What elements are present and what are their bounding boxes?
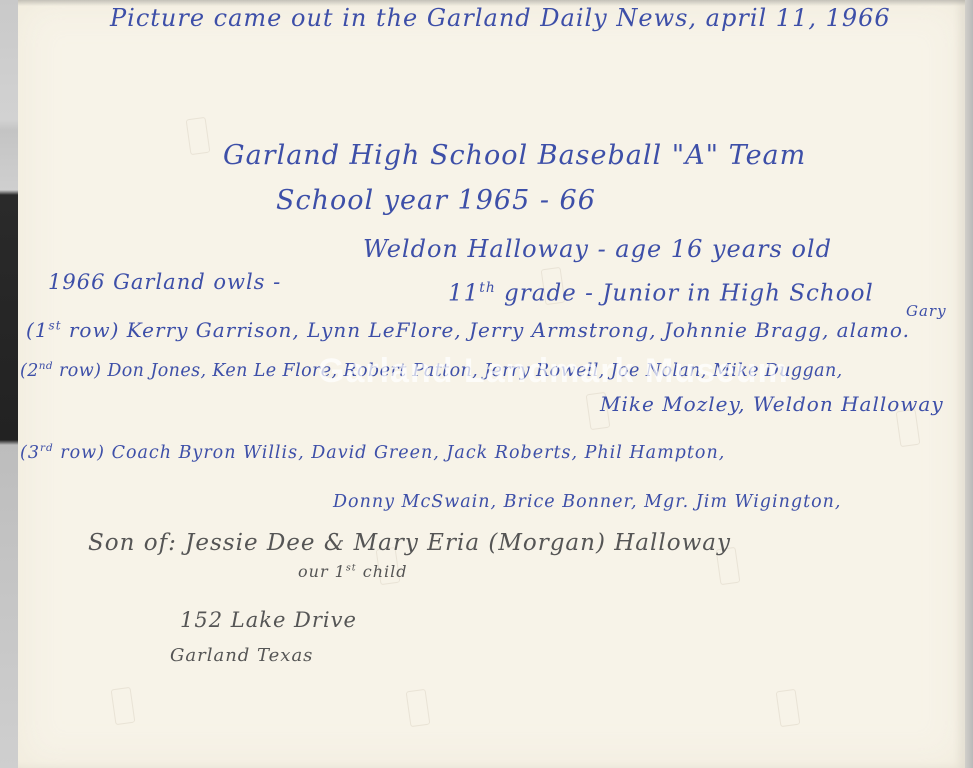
header-note: Picture came out in the Garland Daily Ne… bbox=[110, 4, 891, 32]
row-1-label: (1st row) bbox=[26, 318, 119, 342]
paper-stamp-mark bbox=[186, 117, 211, 155]
address-street: 152 Lake Drive bbox=[180, 608, 357, 632]
address-city: Garland Texas bbox=[170, 645, 313, 666]
row-3-label: (3rd row) bbox=[20, 443, 105, 463]
row-2-continued: Mike Mozley, Weldon Halloway bbox=[600, 392, 944, 416]
team-label: 1966 Garland owls - bbox=[48, 270, 281, 294]
row-3: (3rd row) Coach Byron Willis, David Gree… bbox=[20, 442, 725, 463]
row-1-names: Kerry Garrison, Lynn LeFlore, Jerry Arms… bbox=[127, 318, 910, 342]
paper-stamp-mark bbox=[111, 687, 136, 725]
grade-text: grade - Junior in High School bbox=[496, 281, 874, 307]
subject-grade: 11th grade - Junior in High School bbox=[448, 280, 874, 307]
title-line-1: Garland High School Baseball "A" Team bbox=[223, 140, 806, 171]
paper-stamp-mark bbox=[406, 689, 431, 727]
subject-name-age: Weldon Halloway - age 16 years old bbox=[363, 235, 832, 263]
photo-back-paper: Picture came out in the Garland Daily Ne… bbox=[18, 0, 965, 768]
museum-watermark: Garland Landmark Museum bbox=[318, 352, 789, 391]
grade-suffix: th bbox=[479, 280, 495, 296]
row-3-continued: Donny McSwain, Brice Bonner, Mgr. Jim Wi… bbox=[333, 492, 842, 512]
paper-stamp-mark bbox=[776, 689, 801, 727]
row-1: (1st row) Kerry Garrison, Lynn LeFlore, … bbox=[26, 318, 910, 342]
parents-note: our 1st child bbox=[298, 562, 407, 581]
title-line-2: School year 1965 - 66 bbox=[276, 185, 596, 216]
grade-number: 11 bbox=[448, 281, 479, 307]
row1-annotation: Gary bbox=[906, 302, 947, 320]
row-3-names: Coach Byron Willis, David Green, Jack Ro… bbox=[112, 443, 726, 463]
parents-line: Son of: Jessie Dee & Mary Eria (Morgan) … bbox=[88, 530, 731, 556]
row-2-label: (2nd row) bbox=[20, 361, 101, 381]
